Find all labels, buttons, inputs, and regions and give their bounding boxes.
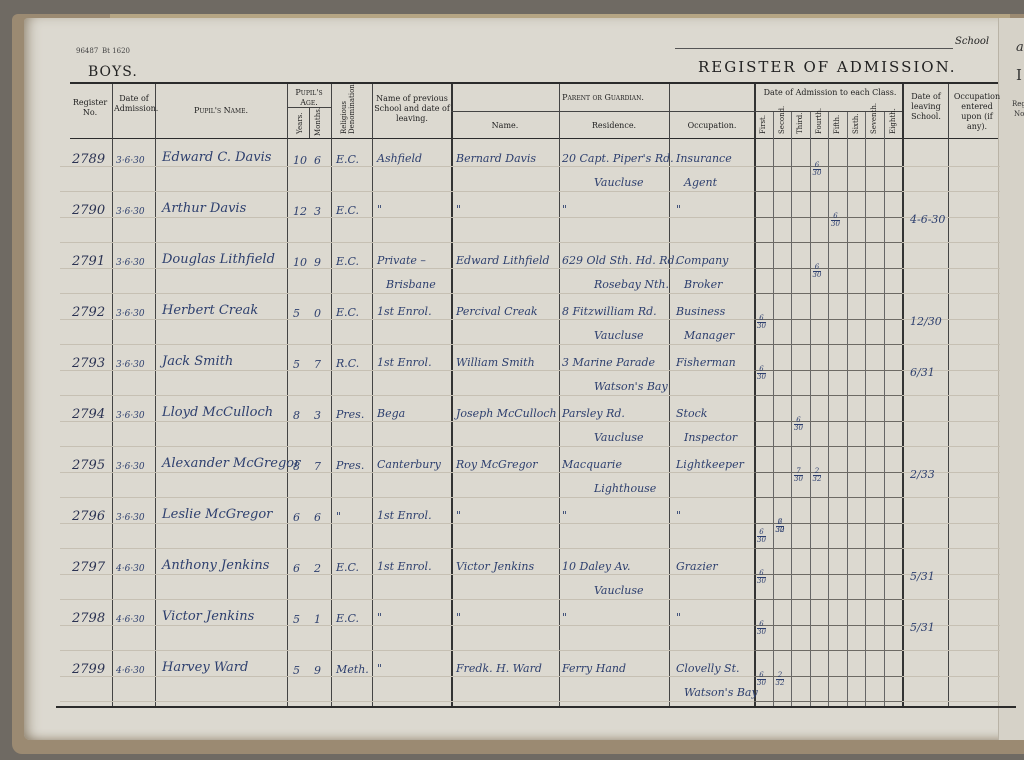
header-top-rule xyxy=(70,82,998,84)
pupil-name: Alexander McGregor xyxy=(162,456,300,471)
previous-school: 1st Enrol. xyxy=(377,509,432,522)
class-grid-line xyxy=(754,599,902,600)
leaving-date: 6/31 xyxy=(910,366,935,379)
class-grid-line xyxy=(754,344,902,345)
admission-date: 4·6·30 xyxy=(116,666,145,676)
previous-school: " xyxy=(377,611,382,624)
pupil-name: Edward C. Davis xyxy=(162,150,271,165)
previous-school: Private – xyxy=(377,254,426,267)
parent-name: Joseph McCulloch xyxy=(456,407,557,420)
col-occupation-after: Occupation entered upon (if any). xyxy=(950,92,1004,132)
religious-denomination: E.C. xyxy=(336,153,359,166)
parent-occupation: Insurance xyxy=(676,152,732,165)
previous-school: Canterbury xyxy=(377,458,441,471)
pupil-name: Harvey Ward xyxy=(162,660,248,675)
leaving-date: 4-6-30 xyxy=(910,213,945,226)
col-class-group: Date of Admission to each Class. xyxy=(760,88,900,98)
class-admission-date: 630 xyxy=(757,315,766,330)
col-pupil-name: Pupil's Name. xyxy=(156,106,286,116)
residence-line2: Vaucluse xyxy=(594,584,644,597)
religious-denomination: Pres. xyxy=(336,459,364,472)
class-admission-date: 232 xyxy=(776,519,785,534)
class-grid-line xyxy=(754,701,902,702)
register-number: 2792 xyxy=(72,305,105,320)
class-admission-date: 730 xyxy=(794,468,803,483)
parent-occupation-line2: Manager xyxy=(684,329,734,342)
age-years: 6 xyxy=(293,511,300,524)
col-pupil-age: Pupil's Age. xyxy=(288,88,330,108)
class-grid-line xyxy=(754,574,902,575)
leaving-date: 2/33 xyxy=(910,468,935,481)
leaving-date: 5/31 xyxy=(910,570,935,583)
religious-denomination: R.C. xyxy=(336,357,359,370)
col-months: Months. xyxy=(314,107,322,136)
class-grid-line xyxy=(754,191,902,192)
religious-denomination: E.C. xyxy=(336,204,359,217)
next-page-fragment: No. xyxy=(1014,110,1024,118)
leaving-date: 12/30 xyxy=(910,315,942,328)
religious-denomination: " xyxy=(336,510,341,523)
col-class-8: Eighth. xyxy=(889,108,897,134)
school-name-line xyxy=(675,48,953,49)
col-class-5: Fifth. xyxy=(833,115,841,134)
residence: 3 Marine Parade xyxy=(562,356,655,369)
age-months: 7 xyxy=(314,358,321,371)
age-months: 3 xyxy=(314,205,321,218)
register-number: 2798 xyxy=(72,611,105,626)
pupil-name: Victor Jenkins xyxy=(162,609,254,624)
register-number: 2793 xyxy=(72,356,105,371)
residence-line2: Vaucluse xyxy=(594,329,644,342)
parent-occupation: Grazier xyxy=(676,560,718,573)
class-grid-line xyxy=(754,497,902,498)
class-admission-date: 630 xyxy=(813,264,822,279)
pupil-name: Herbert Creak xyxy=(162,303,258,318)
age-years: 8 xyxy=(293,460,300,473)
pupil-name: Arthur Davis xyxy=(162,201,246,216)
parent-name: Percival Creak xyxy=(456,305,538,318)
admission-date: 4·6·30 xyxy=(116,564,145,574)
next-page-fragment: I xyxy=(1016,66,1022,84)
class-admission-date: 630 xyxy=(757,621,766,636)
class-grid-line xyxy=(754,319,902,320)
class-column-divider xyxy=(791,112,792,706)
class-admission-date: 630 xyxy=(757,366,766,381)
admission-date: 3·6·30 xyxy=(116,309,145,319)
residence-line2: Vaucluse xyxy=(594,176,644,189)
parent-occupation: " xyxy=(676,203,681,216)
class-grid-line xyxy=(754,242,902,243)
header-bottom-rule xyxy=(70,138,998,139)
previous-school: " xyxy=(377,203,382,216)
parent-occupation-line2: Watson's Bay xyxy=(684,686,758,699)
residence: 10 Daley Av. xyxy=(562,560,631,573)
class-grid-line xyxy=(754,650,902,651)
age-months: 6 xyxy=(314,511,321,524)
class-grid-line xyxy=(754,395,902,396)
religious-denomination: E.C. xyxy=(336,612,359,625)
header-sub-rule xyxy=(451,111,754,112)
print-code: Bt 1620 xyxy=(102,47,130,55)
age-years: 5 xyxy=(293,664,300,677)
pupil-name: Leslie McGregor xyxy=(162,507,272,522)
age-months: 0 xyxy=(314,307,321,320)
admission-date: 3·6·30 xyxy=(116,156,145,166)
register-number: 2795 xyxy=(72,458,105,473)
next-page-fragment: a xyxy=(1016,40,1024,55)
class-grid-line xyxy=(754,472,902,473)
col-years: Years. xyxy=(296,113,304,135)
parent-name: Bernard Davis xyxy=(456,152,536,165)
page-title: REGISTER OF ADMISSION. xyxy=(698,58,957,76)
residence: " xyxy=(562,203,567,216)
admission-date: 4·6·30 xyxy=(116,615,145,625)
column-divider xyxy=(309,108,310,138)
admission-date: 3·6·30 xyxy=(116,258,145,268)
parent-occupation: Clovelly St. xyxy=(676,662,739,675)
col-parent-group: Parent or Guardian. xyxy=(452,93,754,103)
parent-name: " xyxy=(456,203,461,216)
residence: " xyxy=(562,509,567,522)
previous-school-line2: Brisbane xyxy=(386,278,436,291)
parent-occupation-line2: Broker xyxy=(684,278,722,291)
pupil-name: Anthony Jenkins xyxy=(162,558,269,573)
parent-name: Roy McGregor xyxy=(456,458,538,471)
class-admission-date: 232 xyxy=(813,468,822,483)
age-years: 8 xyxy=(293,409,300,422)
age-months: 9 xyxy=(314,664,321,677)
admission-date: 3·6·30 xyxy=(116,462,145,472)
age-years: 5 xyxy=(293,307,300,320)
col-religious: Religious Denomination. xyxy=(340,84,356,134)
col-class-6: Sixth. xyxy=(852,113,860,134)
col-previous-school: Name of previous School and date of leav… xyxy=(374,94,450,124)
class-admission-date: 630 xyxy=(831,213,840,228)
age-years: 6 xyxy=(293,562,300,575)
school-label: School xyxy=(955,36,989,47)
col-residence: Residence. xyxy=(560,121,668,131)
register-number: 2794 xyxy=(72,407,105,422)
admission-date: 3·6·30 xyxy=(116,207,145,217)
age-months: 6 xyxy=(314,154,321,167)
previous-school: " xyxy=(377,662,382,675)
class-column-divider xyxy=(847,112,848,706)
previous-school: Bega xyxy=(377,407,405,420)
age-months: 2 xyxy=(314,562,321,575)
age-months: 1 xyxy=(314,613,321,626)
age-years: 5 xyxy=(293,358,300,371)
table-bottom-rule xyxy=(56,706,1016,708)
previous-school: 1st Enrol. xyxy=(377,305,432,318)
age-years: 10 xyxy=(293,256,307,269)
print-code: 96487 xyxy=(76,47,98,55)
residence: Macquarie xyxy=(562,458,622,471)
class-admission-date: 630 xyxy=(794,417,803,432)
admission-date: 3·6·30 xyxy=(116,360,145,370)
residence-line2: Rosebay Nth. xyxy=(594,278,669,291)
parent-name: Victor Jenkins xyxy=(456,560,534,573)
class-grid-line xyxy=(754,293,902,294)
age-years: 12 xyxy=(293,205,307,218)
religious-denomination: Pres. xyxy=(336,408,364,421)
class-column-divider xyxy=(773,112,774,706)
parent-name: " xyxy=(456,611,461,624)
religious-denomination: E.C. xyxy=(336,255,359,268)
class-grid-line xyxy=(754,446,902,447)
parent-occupation: Fisherman xyxy=(676,356,736,369)
residence: Ferry Hand xyxy=(562,662,626,675)
parent-occupation-line2: Agent xyxy=(684,176,717,189)
previous-school: 1st Enrol. xyxy=(377,560,432,573)
religious-denomination: Meth. xyxy=(336,663,369,676)
previous-school: 1st Enrol. xyxy=(377,356,432,369)
section-label: BOYS. xyxy=(88,64,138,80)
class-column-divider xyxy=(884,112,885,706)
residence-line2: Vaucluse xyxy=(594,431,644,444)
pupil-name: Jack Smith xyxy=(162,354,233,369)
parent-occupation-line2: Inspector xyxy=(684,431,737,444)
leaving-date: 5/31 xyxy=(910,621,935,634)
class-grid-line xyxy=(754,421,902,422)
parent-occupation: Company xyxy=(676,254,728,267)
age-months: 7 xyxy=(314,460,321,473)
class-grid-line xyxy=(754,166,902,167)
col-class-2: Second. xyxy=(778,106,786,134)
class-column-divider xyxy=(828,112,829,706)
class-admission-date: 630 xyxy=(757,672,766,687)
residence: 8 Fitzwilliam Rd. xyxy=(562,305,657,318)
previous-school: Ashfield xyxy=(377,152,422,165)
class-grid-line xyxy=(754,548,902,549)
residence: 629 Old Sth. Hd. Rd. xyxy=(562,254,678,267)
class-grid-line xyxy=(754,625,902,626)
residence: Parsley Rd. xyxy=(562,407,625,420)
parent-name: Edward Lithfield xyxy=(456,254,550,267)
register-number: 2789 xyxy=(72,152,105,167)
col-date-leaving: Date of leaving School. xyxy=(904,92,948,122)
parent-occupation: " xyxy=(676,611,681,624)
residence: 20 Capt. Piper's Rd. xyxy=(562,152,674,165)
col-class-4: Fourth. xyxy=(815,108,823,134)
col-class-7: Seventh. xyxy=(870,103,878,134)
religious-denomination: E.C. xyxy=(336,561,359,574)
class-admission-date: 232 xyxy=(776,672,785,687)
class-column-divider xyxy=(810,112,811,706)
parent-name: William Smith xyxy=(456,356,535,369)
pupil-name: Douglas Lithfield xyxy=(162,252,275,267)
residence-line2: Lighthouse xyxy=(594,482,656,495)
register-number: 2791 xyxy=(72,254,105,269)
col-occupation: Occupation. xyxy=(670,121,754,131)
col-class-3: Third. xyxy=(796,113,804,134)
parent-occupation: Lightkeeper xyxy=(676,458,744,471)
register-number: 2797 xyxy=(72,560,105,575)
residence-line2: Watson's Bay xyxy=(594,380,668,393)
admission-date: 3·6·30 xyxy=(116,411,145,421)
parent-occupation: Stock xyxy=(676,407,707,420)
class-admission-date: 630 xyxy=(757,570,766,585)
pupil-name: Lloyd McCulloch xyxy=(162,405,273,420)
class-admission-date: 630 xyxy=(813,162,822,177)
age-years: 5 xyxy=(293,613,300,626)
next-page-fragment: Regist xyxy=(1012,100,1024,108)
age-years: 10 xyxy=(293,154,307,167)
admission-date: 3·6·30 xyxy=(116,513,145,523)
age-months: 9 xyxy=(314,256,321,269)
parent-occupation: Business xyxy=(676,305,725,318)
class-grid-line xyxy=(754,370,902,371)
col-class-1: First. xyxy=(759,115,767,134)
age-months: 3 xyxy=(314,409,321,422)
class-column-divider xyxy=(865,112,866,706)
register-number: 2799 xyxy=(72,662,105,677)
parent-name: " xyxy=(456,509,461,522)
col-parent-name: Name. xyxy=(452,121,558,131)
residence: " xyxy=(562,611,567,624)
register-number: 2790 xyxy=(72,203,105,218)
col-date-admission: Date of Admission. xyxy=(114,94,154,114)
religious-denomination: E.C. xyxy=(336,306,359,319)
parent-occupation: " xyxy=(676,509,681,522)
parent-name: Fredk. H. Ward xyxy=(456,662,542,675)
register-number: 2796 xyxy=(72,509,105,524)
class-grid-line xyxy=(754,217,902,218)
col-register-no: Register No. xyxy=(68,98,112,118)
class-admission-date: 630 xyxy=(757,529,766,544)
class-grid-line xyxy=(754,268,902,269)
